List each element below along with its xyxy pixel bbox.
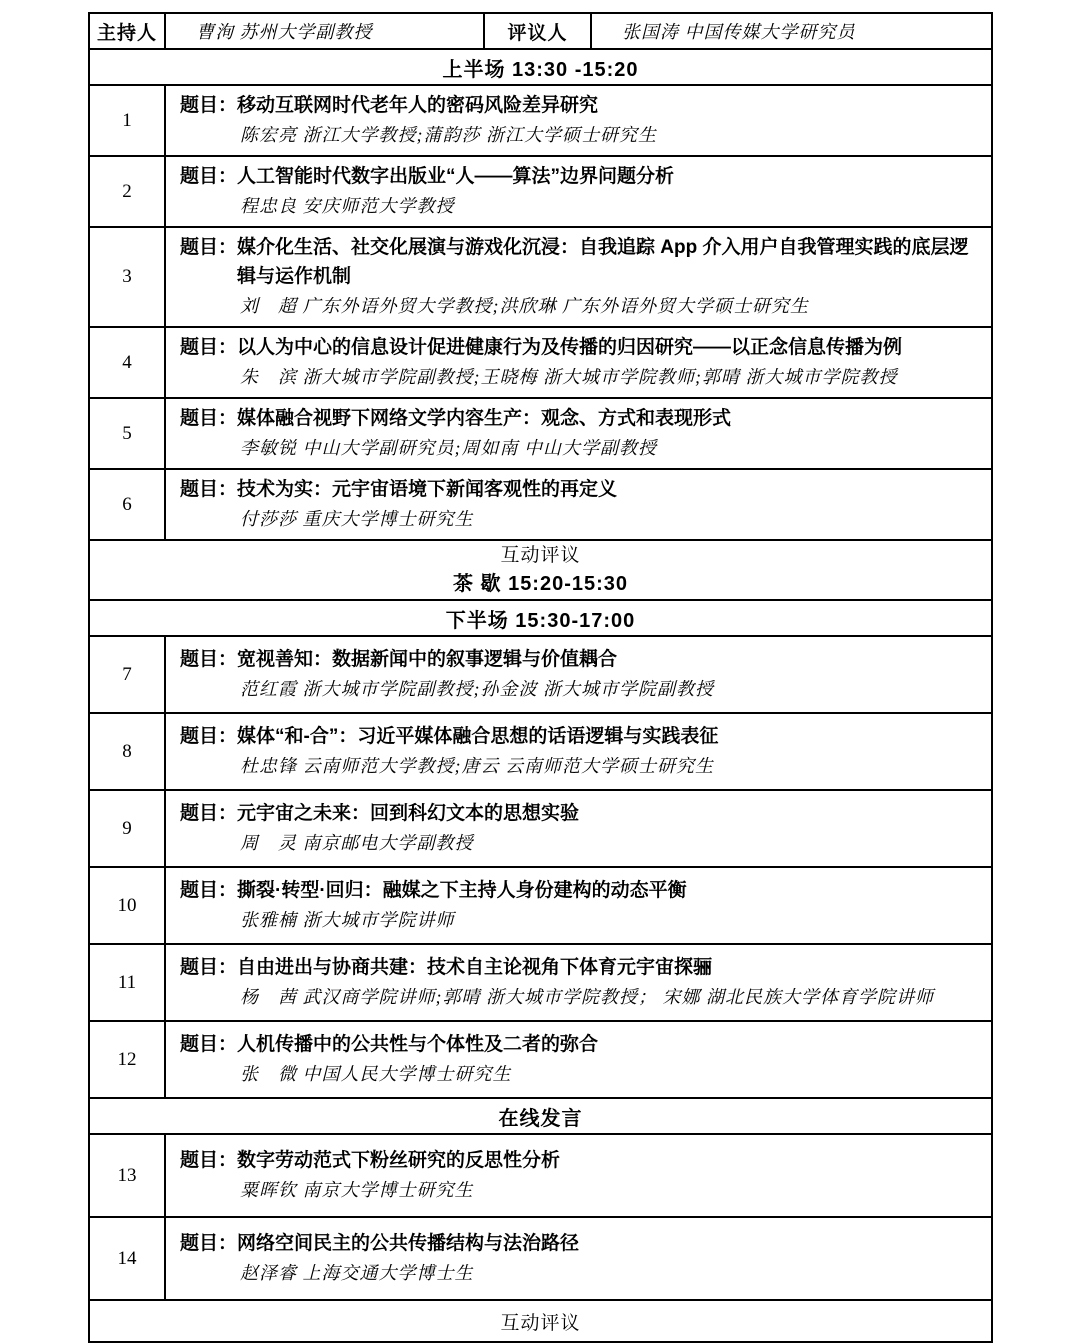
presentation-cell: 题目：宽视善知：数据新闻中的叙事逻辑与价值耦合 范红霞 浙大城市学院副教授;孙金… — [165, 636, 992, 713]
first-half-rows: 1 题目：移动互联网时代老年人的密码风险差异研究 陈宏亮 浙江大学教授;蒲韵莎 … — [89, 85, 992, 540]
title-text: 人工智能时代数字出版业“人——算法”边界问题分析 — [237, 166, 674, 187]
presentation-number: 14 — [89, 1217, 165, 1300]
presentation-title: 题目：人工智能时代数字出版业“人——算法”边界问题分析 — [180, 162, 981, 191]
presentation-authors: 范红霞 浙大城市学院副教授;孙金波 浙大城市学院副教授 — [240, 674, 981, 704]
online-session-header-row: 在线发言 — [89, 1098, 992, 1134]
title-label: 题目： — [180, 1034, 237, 1055]
presentation-title: 题目：媒体融合视野下网络文学内容生产：观念、方式和表现形式 — [180, 404, 981, 433]
title-label: 题目： — [180, 237, 237, 258]
title-label: 题目： — [180, 880, 237, 901]
presentation-cell: 题目：移动互联网时代老年人的密码风险差异研究 陈宏亮 浙江大学教授;蒲韵莎 浙江… — [165, 85, 992, 156]
presentation-number: 11 — [89, 944, 165, 1021]
presentation-title: 题目：宽视善知：数据新闻中的叙事逻辑与价值耦合 — [180, 645, 981, 674]
presentation-authors: 周 灵 南京邮电大学副教授 — [240, 828, 981, 858]
title-label: 题目： — [180, 649, 237, 670]
title-text: 宽视善知：数据新闻中的叙事逻辑与价值耦合 — [237, 649, 617, 670]
presentation-number: 12 — [89, 1021, 165, 1098]
presentation-authors: 杜忠锋 云南师范大学教授;唐云 云南师范大学硕士研究生 — [240, 751, 981, 781]
document-page: 主持人 曹洵 苏州大学副教授 评议人 张国涛 中国传媒大学研究员 上半场 13:… — [0, 0, 1080, 1125]
title-text: 媒体融合视野下网络文学内容生产：观念、方式和表现形式 — [237, 408, 731, 429]
title-text: 移动互联网时代老年人的密码风险差异研究 — [237, 95, 598, 116]
title-label: 题目： — [180, 95, 237, 116]
presentation-number: 8 — [89, 713, 165, 790]
title-label: 题目： — [180, 337, 237, 358]
presentation-authors: 程忠良 安庆师范大学教授 — [240, 191, 981, 221]
second-half-rows: 7 题目：宽视善知：数据新闻中的叙事逻辑与价值耦合 范红霞 浙大城市学院副教授;… — [89, 636, 992, 1098]
presentation-cell: 题目：媒体融合视野下网络文学内容生产：观念、方式和表现形式 李敏锐 中山大学副研… — [165, 398, 992, 469]
title-label: 题目： — [180, 479, 237, 500]
presentation-row: 8 题目：媒体“和-合”：习近平媒体融合思想的话语逻辑与实践表征 杜忠锋 云南师… — [89, 713, 992, 790]
presentation-row: 4 题目：以人为中心的信息设计促进健康行为及传播的归因研究——以正念信息传播为例… — [89, 327, 992, 398]
presentation-row: 12 题目：人机传播中的公共性与个体性及二者的弥合 张 微 中国人民大学博士研究… — [89, 1021, 992, 1098]
title-text: 媒介化生活、社交化展演与游戏化沉浸：自我追踪 App 介入用户自我管理实践的底层… — [237, 237, 969, 287]
presentation-row: 7 题目：宽视善知：数据新闻中的叙事逻辑与价值耦合 范红霞 浙大城市学院副教授;… — [89, 636, 992, 713]
presentation-cell: 题目：数字劳动范式下粉丝研究的反思性分析 粟晖钦 南京大学博士研究生 — [165, 1134, 992, 1217]
title-text: 撕裂·转型·回归：融媒之下主持人身份建构的动态平衡 — [237, 880, 687, 901]
interactive-review-label-final: 互动评议 — [89, 1300, 992, 1342]
online-session-header: 在线发言 — [89, 1098, 992, 1134]
presentation-title: 题目：技术为实：元宇宙语境下新闻客观性的再定义 — [180, 475, 981, 504]
presentation-number: 3 — [89, 227, 165, 327]
title-text: 自由进出与协商共建：技术自主论视角下体育元宇宙探骊 — [237, 957, 712, 978]
presentation-title: 题目：人机传播中的公共性与个体性及二者的弥合 — [180, 1030, 981, 1059]
online-rows: 13 题目：数字劳动范式下粉丝研究的反思性分析 粟晖钦 南京大学博士研究生 14… — [89, 1134, 992, 1300]
host-reviewer-row: 主持人 曹洵 苏州大学副教授 评议人 张国涛 中国传媒大学研究员 — [89, 13, 992, 49]
presentation-number: 5 — [89, 398, 165, 469]
presentation-cell: 题目：技术为实：元宇宙语境下新闻客观性的再定义 付莎莎 重庆大学博士研究生 — [165, 469, 992, 540]
presentation-title: 题目：元宇宙之未来：回到科幻文本的思想实验 — [180, 799, 981, 828]
presentation-authors: 张 微 中国人民大学博士研究生 — [240, 1059, 981, 1089]
title-text: 以人为中心的信息设计促进健康行为及传播的归因研究——以正念信息传播为例 — [237, 337, 902, 358]
presentation-title: 题目：数字劳动范式下粉丝研究的反思性分析 — [180, 1146, 981, 1175]
title-text: 网络空间民主的公共传播结构与法治路径 — [237, 1233, 579, 1254]
presentation-cell: 题目：媒介化生活、社交化展演与游戏化沉浸：自我追踪 App 介入用户自我管理实践… — [165, 227, 992, 327]
presentation-cell: 题目：自由进出与协商共建：技术自主论视角下体育元宇宙探骊 杨 茜 武汉商学院讲师… — [165, 944, 992, 1021]
presentation-cell: 题目：媒体“和-合”：习近平媒体融合思想的话语逻辑与实践表征 杜忠锋 云南师范大… — [165, 713, 992, 790]
table-header-group: 主持人 曹洵 苏州大学副教授 评议人 张国涛 中国传媒大学研究员 上半场 13:… — [89, 13, 992, 85]
presentation-row: 5 题目：媒体融合视野下网络文学内容生产：观念、方式和表现形式 李敏锐 中山大学… — [89, 398, 992, 469]
presentation-row: 9 题目：元宇宙之未来：回到科幻文本的思想实验 周 灵 南京邮电大学副教授 — [89, 790, 992, 867]
second-half-header-row: 下半场 15:30-17:00 — [89, 600, 992, 636]
presentation-number: 1 — [89, 85, 165, 156]
presentation-title: 题目：自由进出与协商共建：技术自主论视角下体育元宇宙探骊 — [180, 953, 981, 982]
presentation-number: 10 — [89, 867, 165, 944]
presentation-title: 题目：网络空间民主的公共传播结构与法治路径 — [180, 1229, 981, 1258]
host-value: 曹洵 苏州大学副教授 — [165, 13, 484, 49]
presentation-authors: 杨 茜 武汉商学院讲师;郭晴 浙大城市学院教授； 宋娜 湖北民族大学体育学院讲师 — [240, 982, 981, 1012]
presentation-authors: 朱 滨 浙大城市学院副教授;王晓梅 浙大城市学院教师;郭晴 浙大城市学院教授 — [240, 362, 981, 392]
first-half-header-row: 上半场 13:30 -15:20 — [89, 49, 992, 85]
presentation-row: 10 题目：撕裂·转型·回归：融媒之下主持人身份建构的动态平衡 张雅楠 浙大城市… — [89, 867, 992, 944]
presentation-row: 11 题目：自由进出与协商共建：技术自主论视角下体育元宇宙探骊 杨 茜 武汉商学… — [89, 944, 992, 1021]
presentation-title: 题目：撕裂·转型·回归：融媒之下主持人身份建构的动态平衡 — [180, 876, 981, 905]
title-text: 人机传播中的公共性与个体性及二者的弥合 — [237, 1034, 598, 1055]
presentation-authors: 刘 超 广东外语外贸大学教授;洪欣琳 广东外语外贸大学硕士研究生 — [240, 291, 981, 321]
title-text: 元宇宙之未来：回到科幻文本的思想实验 — [237, 803, 579, 824]
title-label: 题目： — [180, 408, 237, 429]
conference-session-table: 主持人 曹洵 苏州大学副教授 评议人 张国涛 中国传媒大学研究员 上半场 13:… — [88, 12, 993, 1343]
reviewer-label: 评议人 — [484, 13, 591, 49]
title-label: 题目： — [180, 166, 237, 187]
title-label: 题目： — [180, 1233, 237, 1254]
reviewer-value: 张国涛 中国传媒大学研究员 — [591, 13, 992, 49]
presentation-number: 7 — [89, 636, 165, 713]
presentation-row: 14 题目：网络空间民主的公共传播结构与法治路径 赵泽睿 上海交通大学博士生 — [89, 1217, 992, 1300]
online-section-group: 在线发言 — [89, 1098, 992, 1134]
title-label: 题目： — [180, 803, 237, 824]
title-text: 媒体“和-合”：习近平媒体融合思想的话语逻辑与实践表征 — [237, 726, 718, 747]
presentation-cell: 题目：人工智能时代数字出版业“人——算法”边界问题分析 程忠良 安庆师范大学教授 — [165, 156, 992, 227]
presentation-cell: 题目：以人为中心的信息设计促进健康行为及传播的归因研究——以正念信息传播为例 朱… — [165, 327, 992, 398]
presentation-cell: 题目：人机传播中的公共性与个体性及二者的弥合 张 微 中国人民大学博士研究生 — [165, 1021, 992, 1098]
presentation-row: 13 题目：数字劳动范式下粉丝研究的反思性分析 粟晖钦 南京大学博士研究生 — [89, 1134, 992, 1217]
presentation-row: 2 题目：人工智能时代数字出版业“人——算法”边界问题分析 程忠良 安庆师范大学… — [89, 156, 992, 227]
presentation-authors: 陈宏亮 浙江大学教授;蒲韵莎 浙江大学硕士研究生 — [240, 120, 981, 150]
presentation-cell: 题目：网络空间民主的公共传播结构与法治路径 赵泽睿 上海交通大学博士生 — [165, 1217, 992, 1300]
presentation-row: 6 题目：技术为实：元宇宙语境下新闻客观性的再定义 付莎莎 重庆大学博士研究生 — [89, 469, 992, 540]
presentation-authors: 付莎莎 重庆大学博士研究生 — [240, 504, 981, 534]
presentation-title: 题目：移动互联网时代老年人的密码风险差异研究 — [180, 91, 981, 120]
title-text: 技术为实：元宇宙语境下新闻客观性的再定义 — [237, 479, 617, 500]
presentation-number: 9 — [89, 790, 165, 867]
review-tea-break-row: 互动评议 茶 歇 15:20-15:30 — [89, 540, 992, 600]
presentation-title: 题目：媒介化生活、社交化展演与游戏化沉浸：自我追踪 App 介入用户自我管理实践… — [180, 233, 981, 291]
presentation-number: 6 — [89, 469, 165, 540]
presentation-cell: 题目：撕裂·转型·回归：融媒之下主持人身份建构的动态平衡 张雅楠 浙大城市学院讲… — [165, 867, 992, 944]
first-half-header: 上半场 13:30 -15:20 — [89, 49, 992, 85]
title-text: 数字劳动范式下粉丝研究的反思性分析 — [237, 1150, 560, 1171]
title-label: 题目： — [180, 957, 237, 978]
mid-section-group: 互动评议 茶 歇 15:20-15:30 下半场 15:30-17:00 — [89, 540, 992, 636]
interactive-review-label: 互动评议 — [90, 541, 991, 570]
presentation-number: 4 — [89, 327, 165, 398]
presentation-title: 题目：媒体“和-合”：习近平媒体融合思想的话语逻辑与实践表征 — [180, 722, 981, 751]
presentation-row: 3 题目：媒介化生活、社交化展演与游戏化沉浸：自我追踪 App 介入用户自我管理… — [89, 227, 992, 327]
title-label: 题目： — [180, 726, 237, 747]
tea-break-label: 茶 歇 15:20-15:30 — [90, 570, 991, 599]
presentation-title: 题目：以人为中心的信息设计促进健康行为及传播的归因研究——以正念信息传播为例 — [180, 333, 981, 362]
host-label: 主持人 — [89, 13, 165, 49]
title-label: 题目： — [180, 1150, 237, 1171]
presentation-number: 13 — [89, 1134, 165, 1217]
second-half-header: 下半场 15:30-17:00 — [89, 600, 992, 636]
presentation-cell: 题目：元宇宙之未来：回到科幻文本的思想实验 周 灵 南京邮电大学副教授 — [165, 790, 992, 867]
presentation-row: 1 题目：移动互联网时代老年人的密码风险差异研究 陈宏亮 浙江大学教授;蒲韵莎 … — [89, 85, 992, 156]
footer-group: 互动评议 — [89, 1300, 992, 1342]
presentation-authors: 赵泽睿 上海交通大学博士生 — [240, 1258, 981, 1288]
final-review-row: 互动评议 — [89, 1300, 992, 1342]
presentation-authors: 粟晖钦 南京大学博士研究生 — [240, 1175, 981, 1205]
presentation-authors: 张雅楠 浙大城市学院讲师 — [240, 905, 981, 935]
presentation-authors: 李敏锐 中山大学副研究员;周如南 中山大学副教授 — [240, 433, 981, 463]
presentation-number: 2 — [89, 156, 165, 227]
